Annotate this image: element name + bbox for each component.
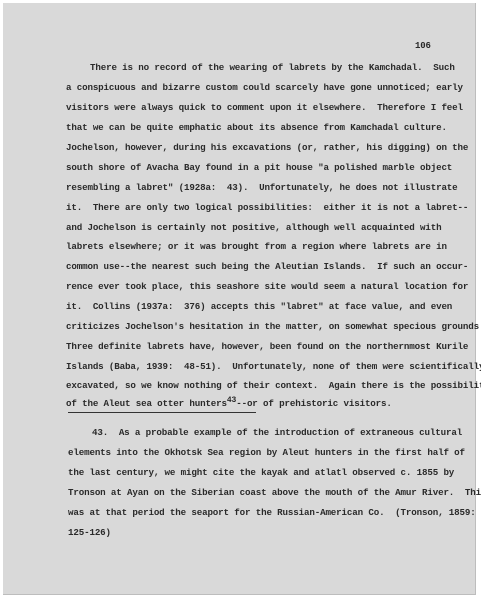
- body-line: it. Collins (1937a: 376) accepts this "l…: [66, 301, 452, 313]
- footnote-line: 43. As a probable example of the introdu…: [92, 427, 462, 439]
- body-line: south shore of Avacha Bay found in a pit…: [66, 162, 452, 174]
- body-line: Three definite labrets have, however, be…: [66, 341, 468, 353]
- body-line: visitors were always quick to comment up…: [66, 102, 463, 114]
- last-line-before: of the Aleut sea otter hunters: [66, 398, 227, 409]
- body-line: and Jochelson is certainly not positive,…: [66, 222, 441, 234]
- page-number: 106: [415, 41, 431, 51]
- body-line: criticizes Jochelson's hesitation in the…: [66, 321, 481, 333]
- body-line: labrets elsewhere; or it was brought fro…: [66, 241, 447, 253]
- body-line: resembling a labret" (1928a: 43). Unfort…: [66, 182, 458, 194]
- footnote-line: Tronson at Ayan on the Siberian coast ab…: [68, 487, 481, 499]
- footnote-line: was at that period the seaport for the R…: [68, 507, 476, 519]
- footnote-line: elements into the Okhotsk Sea region by …: [68, 447, 465, 459]
- body-line-last: of the Aleut sea otter hunters43--or of …: [66, 398, 392, 410]
- footnote-line: 125-126): [68, 527, 111, 539]
- body-line: it. There are only two logical possibili…: [66, 202, 468, 214]
- body-line: Jochelson, however, during his excavatio…: [66, 142, 468, 154]
- last-line-after: --or of prehistoric visitors.: [236, 398, 392, 409]
- body-line: excavated, so we know nothing of their c…: [66, 380, 481, 392]
- body-line: rence ever took place, this seashore sit…: [66, 281, 468, 293]
- body-line: Islands (Baba, 1939: 48-51). Unfortunate…: [66, 361, 481, 373]
- footnote-line: the last century, we might cite the kaya…: [68, 467, 454, 479]
- body-line: a conspicuous and bizarre custom could s…: [66, 82, 463, 94]
- body-line: common use--the nearest such being the A…: [66, 261, 468, 273]
- document-page: 106 There is no record of the wearing of…: [3, 3, 476, 595]
- body-line: There is no record of the wearing of lab…: [90, 62, 455, 74]
- footnote-divider: [68, 412, 256, 413]
- body-line: that we can be quite emphatic about its …: [66, 122, 447, 134]
- footnote-reference: 43: [227, 396, 236, 405]
